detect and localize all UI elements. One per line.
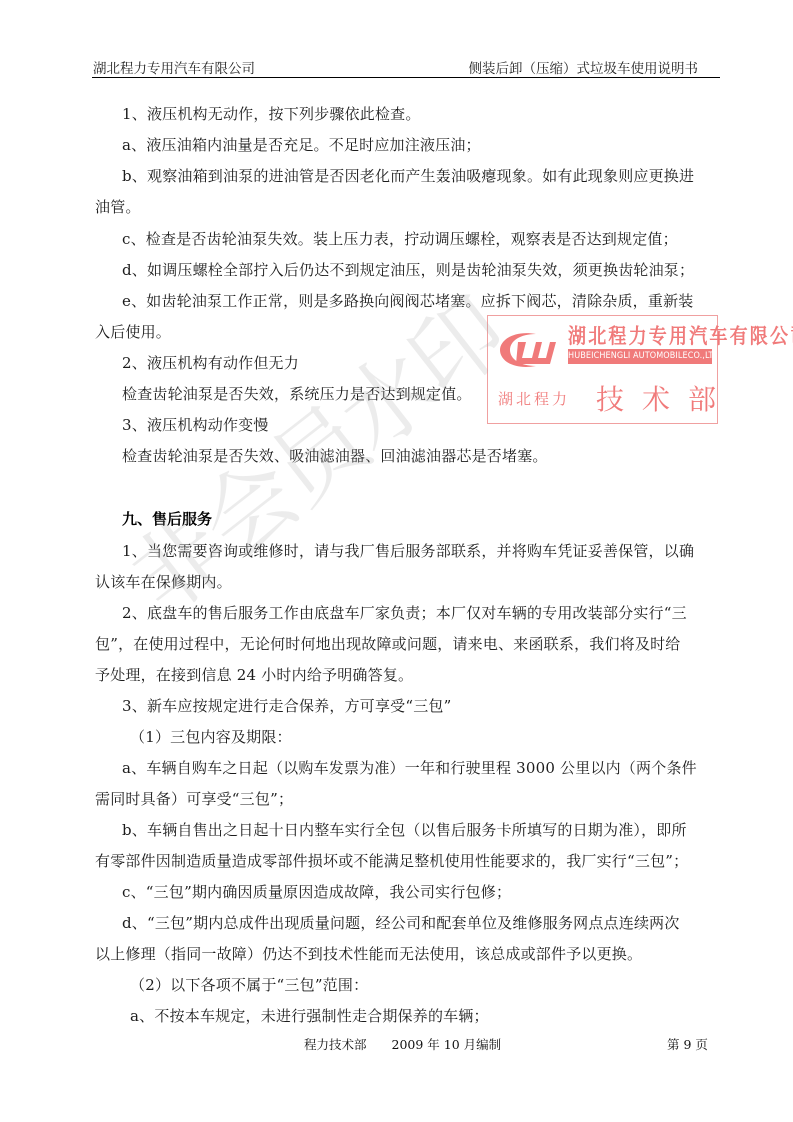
paragraph: 检查齿轮油泵是否失效，系统压力是否达到规定值。 [122, 383, 472, 404]
paragraph: 检查齿轮油泵是否失效、吸油滤油器、回油滤油器芯是否堵塞。 [122, 445, 548, 466]
paragraph: 1、当您需要咨询或维修时，请与我厂售后服务部联系，并将购车凭证妥善保管，以确 [122, 540, 694, 561]
footer-credit: 程力技术部 2009 年 10 月编制 [304, 1035, 501, 1053]
paragraph: 以上修理（指同一故障）仍达不到技术性能而无法使用，该总成或部件予以更换。 [95, 943, 642, 964]
paragraph: b、观察油箱到油泵的进油管是否因老化而产生轰油吸瘪现象。如有此现象则应更换进 [122, 165, 694, 186]
company-logo-icon [496, 328, 558, 372]
paragraph: a、车辆自购车之日起（以购车发票为准）一年和行驶里程 3000 公里以内（两个条… [122, 757, 697, 778]
paragraph: 油管。 [95, 196, 141, 217]
stamp-company-english: HUBEICHENGLI AUTOMOBILECO.,LTD [568, 349, 712, 364]
paragraph: e、如齿轮油泵工作正常，则是多路换向阀阀芯堵塞。应拆下阀芯，清除杂质，重新装 [122, 290, 693, 311]
paragraph: （1）三包内容及期限： [130, 726, 292, 747]
document-page: 湖北程力专用汽车有限公司 侧装后卸（压缩）式垃圾车使用说明书 1、液压机构无动作… [0, 0, 793, 1122]
paragraph: 2、底盘车的售后服务工作由底盘车厂家负责；本厂仅对车辆的专用改装部分实行“三 [122, 602, 687, 623]
paragraph: d、如调压螺栓全部拧入后仍达不到规定油压，则是齿轮油泵失效，须更换齿轮油泵； [122, 259, 694, 280]
paragraph: 1、液压机构无动作，按下列步骤依此检查。 [122, 103, 421, 124]
paragraph: d、“三包”期内总成件出现质量问题，经公司和配套单位及维修服务网点点连续两次 [122, 912, 680, 933]
section-title: 九、售后服务 [122, 508, 212, 529]
paragraph: 认该车在保修期内。 [95, 571, 232, 592]
paragraph: a、液压油箱内油量是否充足。不足时应加注液压油； [122, 134, 481, 155]
stamp-company-name: 湖北程力专用汽车有限公司 [568, 320, 793, 350]
paragraph: a、不按本车规定，未进行强制性走合期保养的车辆； [130, 1005, 489, 1026]
paragraph: c、“三包”期内确因质量原因造成故障，我公司实行包修； [122, 881, 511, 902]
paragraph: 3、液压机构动作变慢 [122, 414, 269, 435]
paragraph: （2）以下各项不属于“三包”范围： [130, 974, 368, 995]
header-document-title: 侧装后卸（压缩）式垃圾车使用说明书 [469, 57, 699, 77]
paragraph: 有零部件因制造质量造成零部件损坏或不能满足整机使用性能要求的，我厂实行“三包”； [95, 850, 688, 871]
paragraph: 包”，在使用过程中，无论何时何地出现故障或问题，请来电、来函联系，我们将及时给 [95, 633, 680, 654]
paragraph: 入后使用。 [95, 321, 171, 342]
page-number: 第 9 页 [667, 1035, 708, 1053]
header-rule [92, 77, 720, 78]
paragraph: 需同时具备）可享受“三包”； [95, 788, 293, 809]
header-company: 湖北程力专用汽车有限公司 [93, 57, 255, 77]
paragraph: c、检查是否齿轮油泵失效。装上压力表，拧动调压螺栓，观察表是否达到规定值； [122, 228, 678, 249]
paragraph: 予处理，在接到信息 24 小时内给予明确答复。 [95, 664, 413, 685]
paragraph: 3、新车应按规定进行走合保养，方可享受“三包” [122, 695, 451, 716]
paragraph: 2、液压机构有动作但无力 [122, 352, 299, 373]
stamp-short-name: 湖北程力 [498, 388, 570, 409]
paragraph: b、车辆自售出之日起十日内整车实行全包（以售后服务卡所填写的日期为准），即所 [122, 819, 687, 840]
stamp-department: 技术部 [596, 378, 734, 418]
company-stamp: 湖北程力专用汽车有限公司 HUBEICHENGLI AUTOMOBILECO.,… [487, 315, 718, 424]
